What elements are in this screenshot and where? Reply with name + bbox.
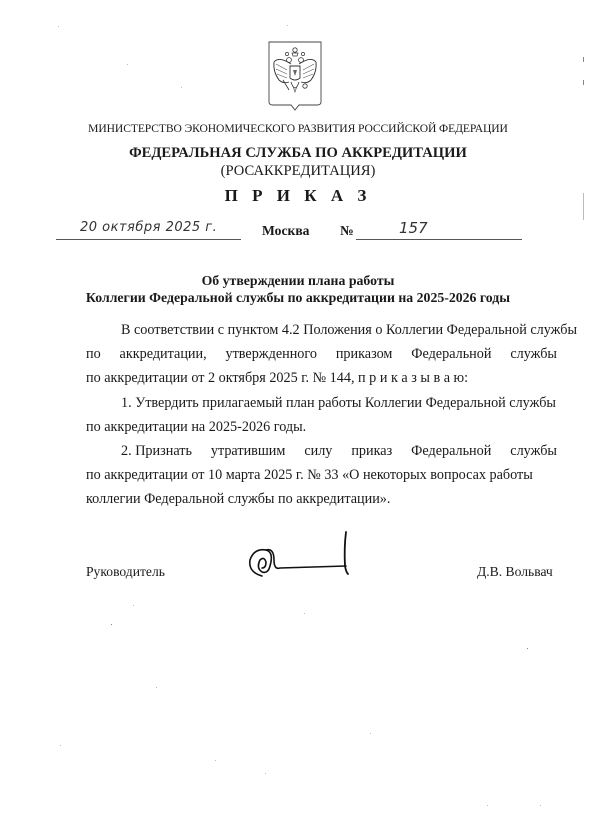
word: приказ: [351, 443, 392, 460]
item-2-line-1: 2. Признать утратившим силу приказ Федер…: [121, 443, 557, 460]
scan-speck: [265, 773, 266, 774]
scan-mark: [583, 57, 584, 62]
scan-speck: [527, 648, 528, 649]
word: Федеральной: [411, 443, 491, 460]
number-sign: №: [340, 223, 354, 239]
handwritten-signature-icon: [240, 526, 360, 586]
scan-speck: [58, 26, 59, 27]
word: 2. Признать: [121, 443, 192, 460]
scan-speck: [287, 25, 288, 26]
scan-speck: [127, 64, 128, 65]
scan-speck: [304, 613, 305, 614]
word: службы: [510, 346, 557, 363]
scan-speck: [215, 760, 216, 761]
preamble-line-1: В соответствии с пунктом 4.2 Положения о…: [121, 322, 557, 339]
service-short-name: (РОСАККРЕДИТАЦИЯ): [0, 163, 596, 180]
item-1-line-1: 1. Утвердить прилагаемый план работы Кол…: [121, 395, 557, 412]
signer-title: Руководитель: [86, 564, 165, 580]
scan-speck: [133, 605, 134, 606]
scan-speck: [487, 805, 488, 806]
scan-speck: [60, 745, 61, 746]
scan-speck: [181, 87, 182, 88]
document-page: МИНИСТЕРСТВО ЭКОНОМИЧЕСКОГО РАЗВИТИЯ РОС…: [0, 0, 596, 838]
item-2-line-3: коллегии Федеральной службы по аккредита…: [86, 491, 557, 508]
date-underline: [56, 239, 241, 240]
coat-of-arms-icon: [267, 40, 323, 112]
word: утратившим: [211, 443, 285, 460]
word: Федеральной: [411, 346, 491, 363]
item-2-line-2: по аккредитации от 10 марта 2025 г. № 33…: [86, 467, 557, 484]
word: приказом: [336, 346, 393, 363]
scan-speck: [540, 805, 541, 806]
number-underline: [356, 239, 522, 240]
word: утвержденного: [226, 346, 317, 363]
preamble-line-3: по аккредитации от 2 октября 2025 г. № 1…: [86, 370, 557, 387]
scan-mark: [583, 80, 584, 85]
scan-speck: [370, 733, 371, 734]
order-number: 157: [399, 219, 428, 237]
ministry-name: МИНИСТЕРСТВО ЭКОНОМИЧЕСКОГО РАЗВИТИЯ РОС…: [0, 122, 596, 135]
city: Москва: [262, 223, 309, 239]
scan-mark: [583, 193, 584, 220]
word: аккредитации,: [120, 346, 207, 363]
scan-speck: [156, 687, 157, 688]
signer-name: Д.В. Вольвач: [477, 564, 553, 580]
scan-speck: [111, 624, 112, 625]
preamble-line-2: по аккредитации, утвержденного приказом …: [86, 346, 557, 363]
word: силу: [304, 443, 332, 460]
item-1-line-2: по аккредитации на 2025-2026 годы.: [86, 419, 557, 436]
subject-line-2: Коллегии Федеральной службы по аккредита…: [0, 290, 596, 306]
word: службы: [510, 443, 557, 460]
order-date: 20 октября 2025 г.: [80, 220, 217, 235]
document-type: П Р И К А З: [0, 186, 596, 206]
word: по: [86, 346, 101, 363]
service-name: ФЕДЕРАЛЬНАЯ СЛУЖБА ПО АККРЕДИТАЦИИ: [0, 145, 596, 162]
subject-line-1: Об утверждении плана работы: [0, 273, 596, 289]
